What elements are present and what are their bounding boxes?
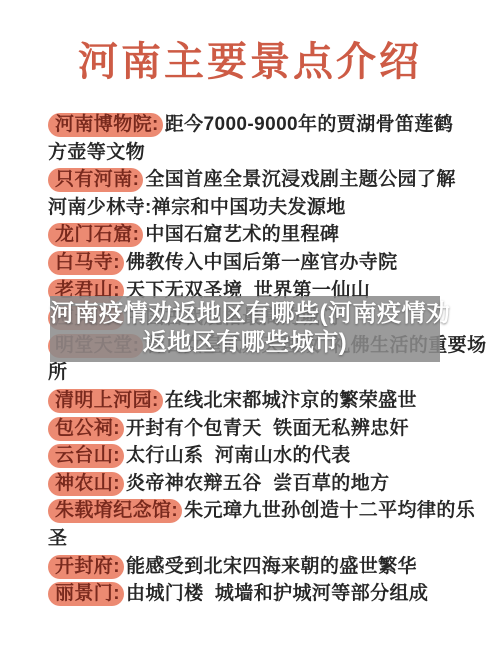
- attraction-row: 云台山:太行山系 河南山水的代表: [48, 442, 490, 470]
- attraction-description: 炎帝神农辩五谷 尝百草的地方: [126, 473, 390, 494]
- attraction-row: 河南博物院:距今7000-9000年的贾湖骨笛莲鹤 方壶等文物: [48, 111, 490, 166]
- attraction-description: 太行山系 河南山水的代表: [126, 445, 351, 466]
- attraction-label-pill: 包公祠:: [48, 417, 124, 441]
- attraction-description: 在线北宋都城汴京的繁荣盛世: [165, 390, 417, 411]
- attraction-description: 开封有个包青天 铁面无私辨忠奸: [126, 418, 409, 439]
- attraction-label-pill: 只有河南:: [48, 168, 143, 192]
- attraction-description: 佛教传入中国后第一座官办寺院: [126, 252, 398, 273]
- attraction-label-pill: 神农山:: [48, 472, 124, 496]
- attraction-label-pill: 清明上河园:: [48, 389, 163, 413]
- attraction-row: 清明上河园:在线北宋都城汴京的繁荣盛世: [48, 387, 490, 415]
- attraction-description: 由城门楼 城墙和护城河等部分组成: [126, 583, 428, 604]
- attraction-label-pill: 白马寺:: [48, 251, 124, 275]
- attraction-row: 白马寺:佛教传入中国后第一座官办寺院: [48, 249, 490, 277]
- attraction-row: 只有河南:全国首座全景沉浸戏剧主题公园了解 河南少林寺:禅宗和中国功夫发源地: [48, 166, 490, 221]
- attraction-label-pill: 云台山:: [48, 444, 124, 468]
- attraction-row: 神农山:炎帝神农辩五谷 尝百草的地方: [48, 470, 490, 498]
- attraction-label-pill: 朱载堉纪念馆:: [48, 499, 182, 523]
- attraction-row: 丽景门:由城门楼 城墙和护城河等部分组成: [48, 580, 490, 608]
- attraction-row: 开封府:能感受到北宋四海来朝的盛世繁华: [48, 553, 490, 581]
- attraction-row: 包公祠:开封有个包青天 铁面无私辨忠奸: [48, 415, 490, 443]
- watermark-overlay: 河南疫情劝返地区有哪些(河南疫情劝 返地区有哪些城市): [50, 296, 440, 362]
- page-title: 河南主要景点介绍: [0, 30, 500, 87]
- attraction-label-pill: 龙门石窟:: [48, 223, 143, 247]
- infographic-page: 河南主要景点介绍 河南博物院:距今7000-9000年的贾湖骨笛莲鹤 方壶等文物…: [0, 0, 500, 652]
- attraction-description: 中国石窟艺术的里程碑: [145, 224, 339, 245]
- attraction-row: 朱载堉纪念馆:朱元璋九世孙创造十二平均律的乐圣: [48, 497, 490, 552]
- attraction-label-pill: 丽景门:: [48, 582, 124, 606]
- attraction-row: 龙门石窟:中国石窟艺术的里程碑: [48, 221, 490, 249]
- attraction-description: 能感受到北宋四海来朝的盛世繁华: [126, 556, 417, 577]
- watermark-line-1: 河南疫情劝返地区有哪些(河南疫情劝: [50, 299, 440, 328]
- attraction-label-pill: 开封府:: [48, 555, 124, 579]
- attraction-label-pill: 河南博物院:: [48, 113, 163, 137]
- watermark-line-2: 返地区有哪些城市): [50, 328, 440, 357]
